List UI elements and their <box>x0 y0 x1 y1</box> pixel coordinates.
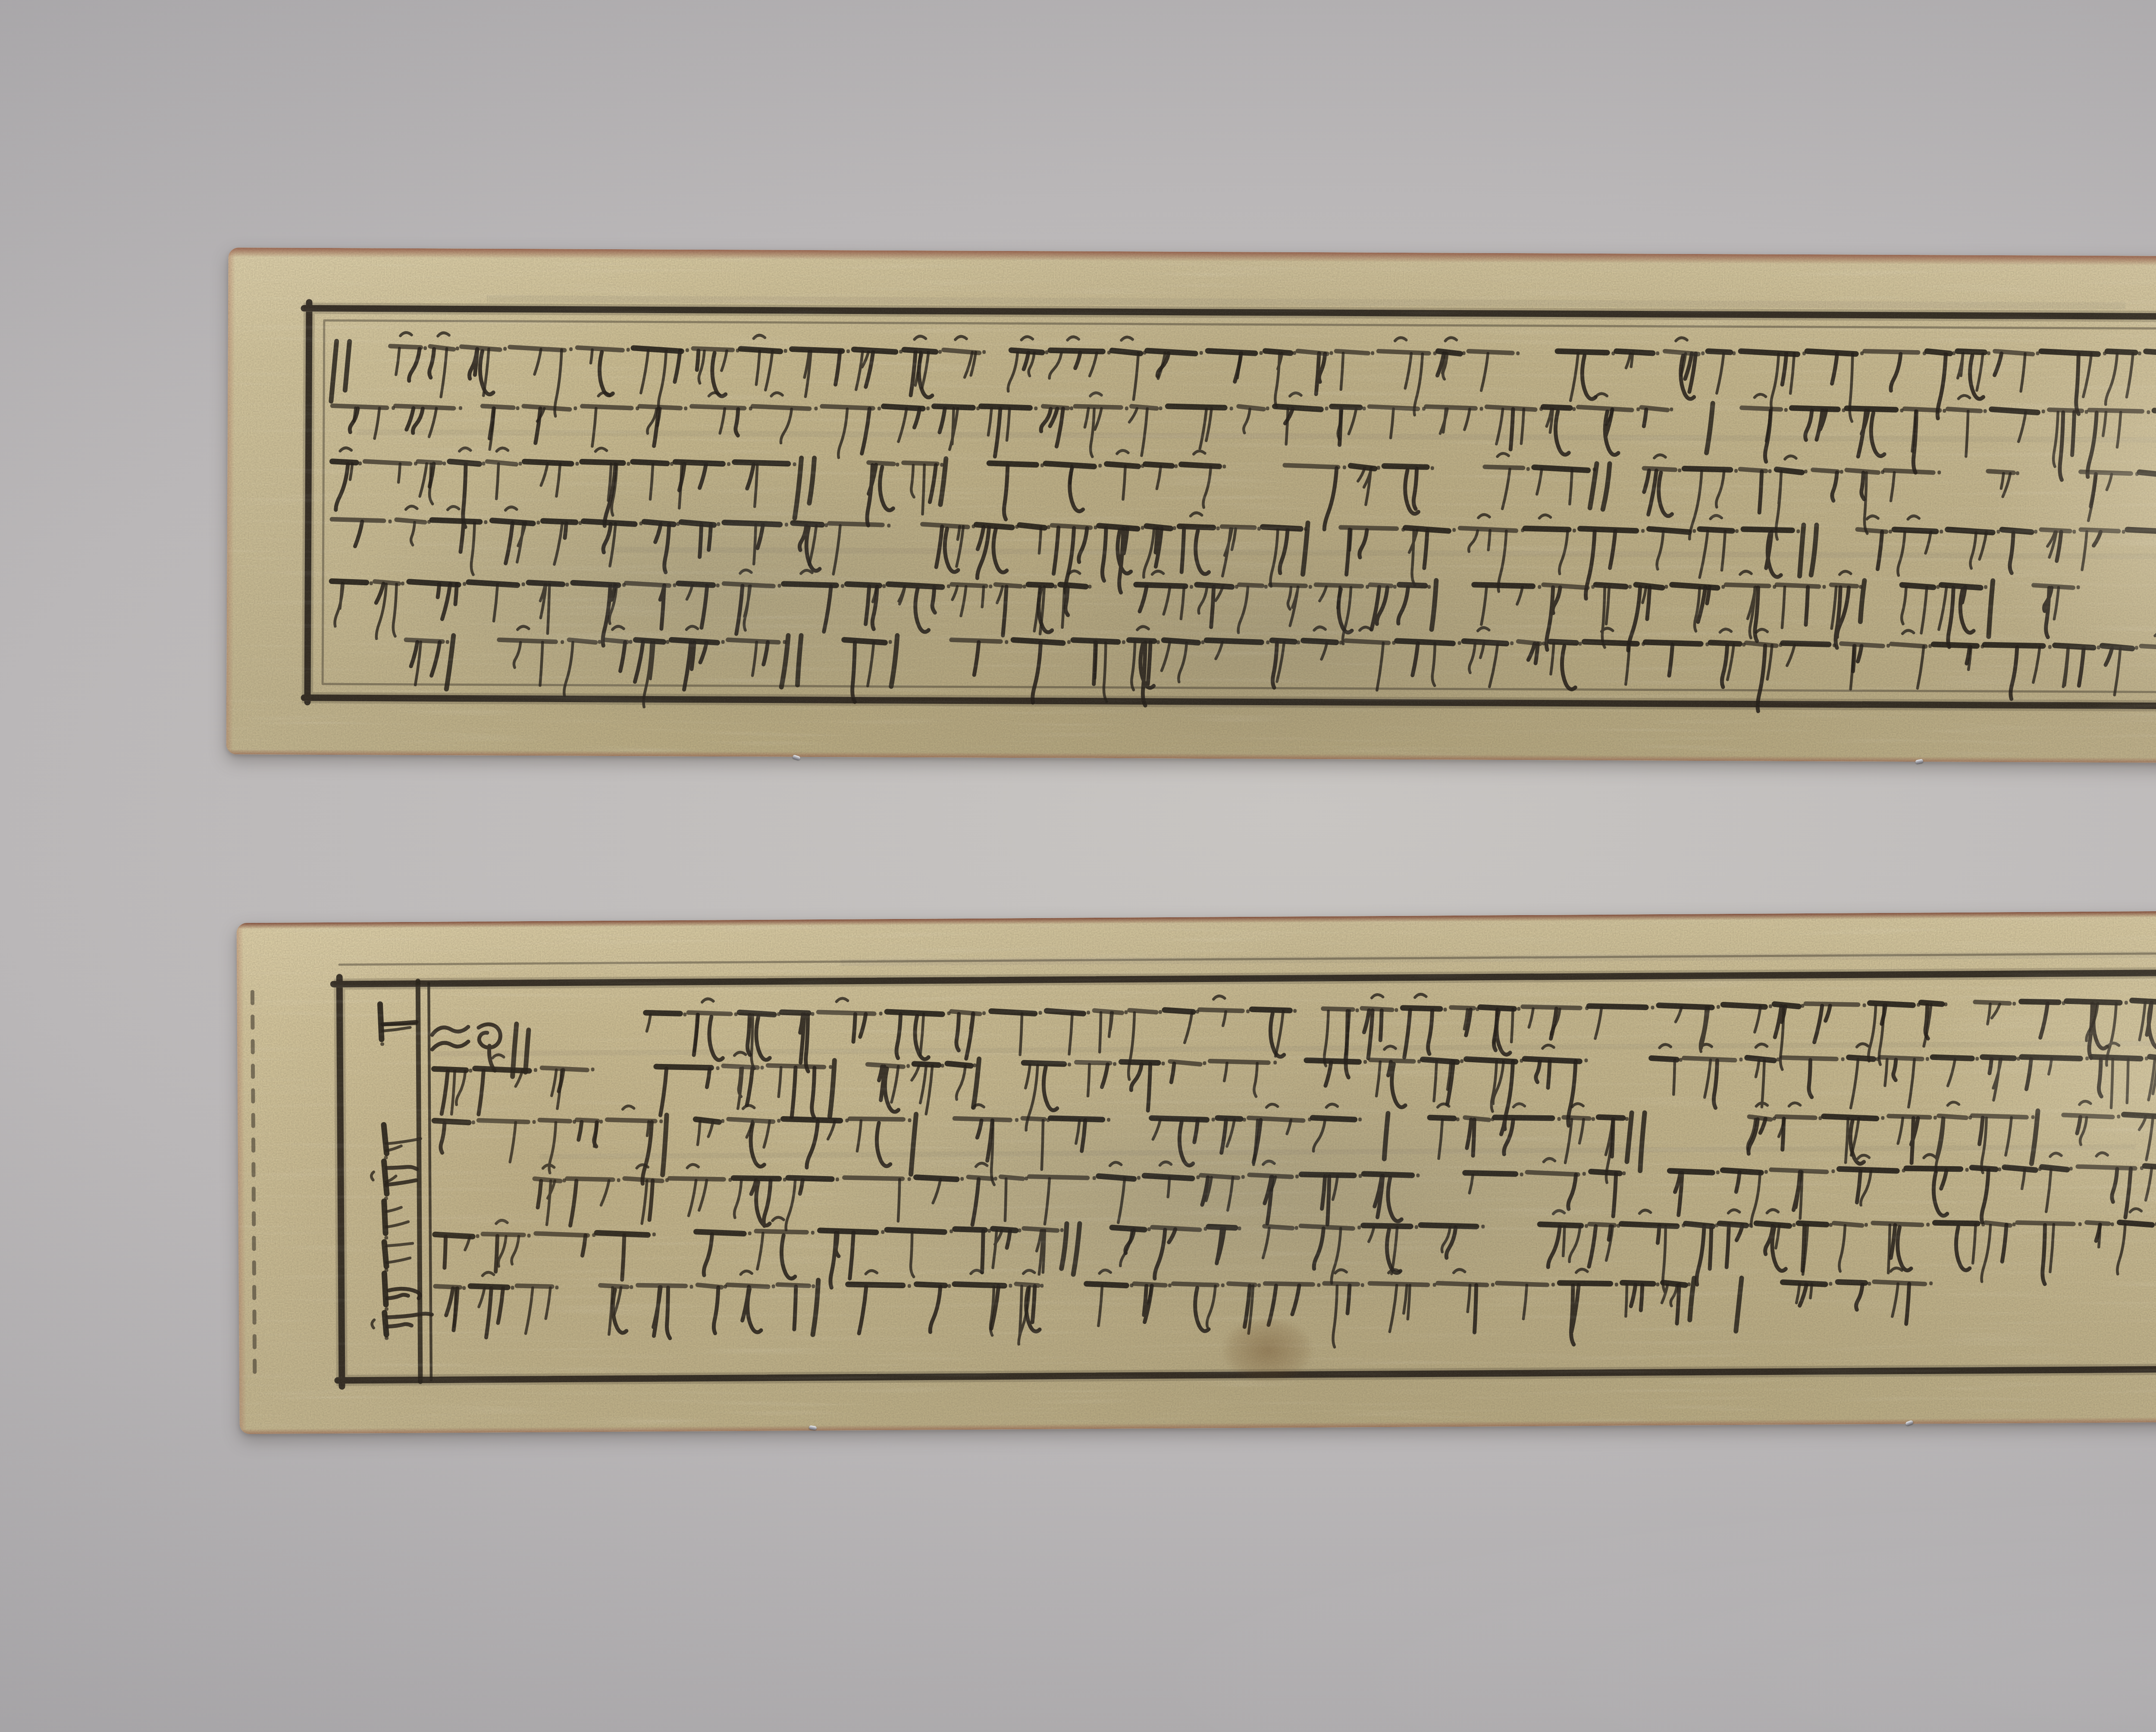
woodblock-print-upper <box>226 248 2156 764</box>
woodblock-print-lower <box>236 910 2156 1434</box>
pecha-leaf-lower <box>236 910 2156 1434</box>
pecha-leaf-upper <box>226 248 2156 764</box>
brown-ink-stain <box>1222 1318 1313 1383</box>
photo-backdrop <box>0 0 2156 1732</box>
